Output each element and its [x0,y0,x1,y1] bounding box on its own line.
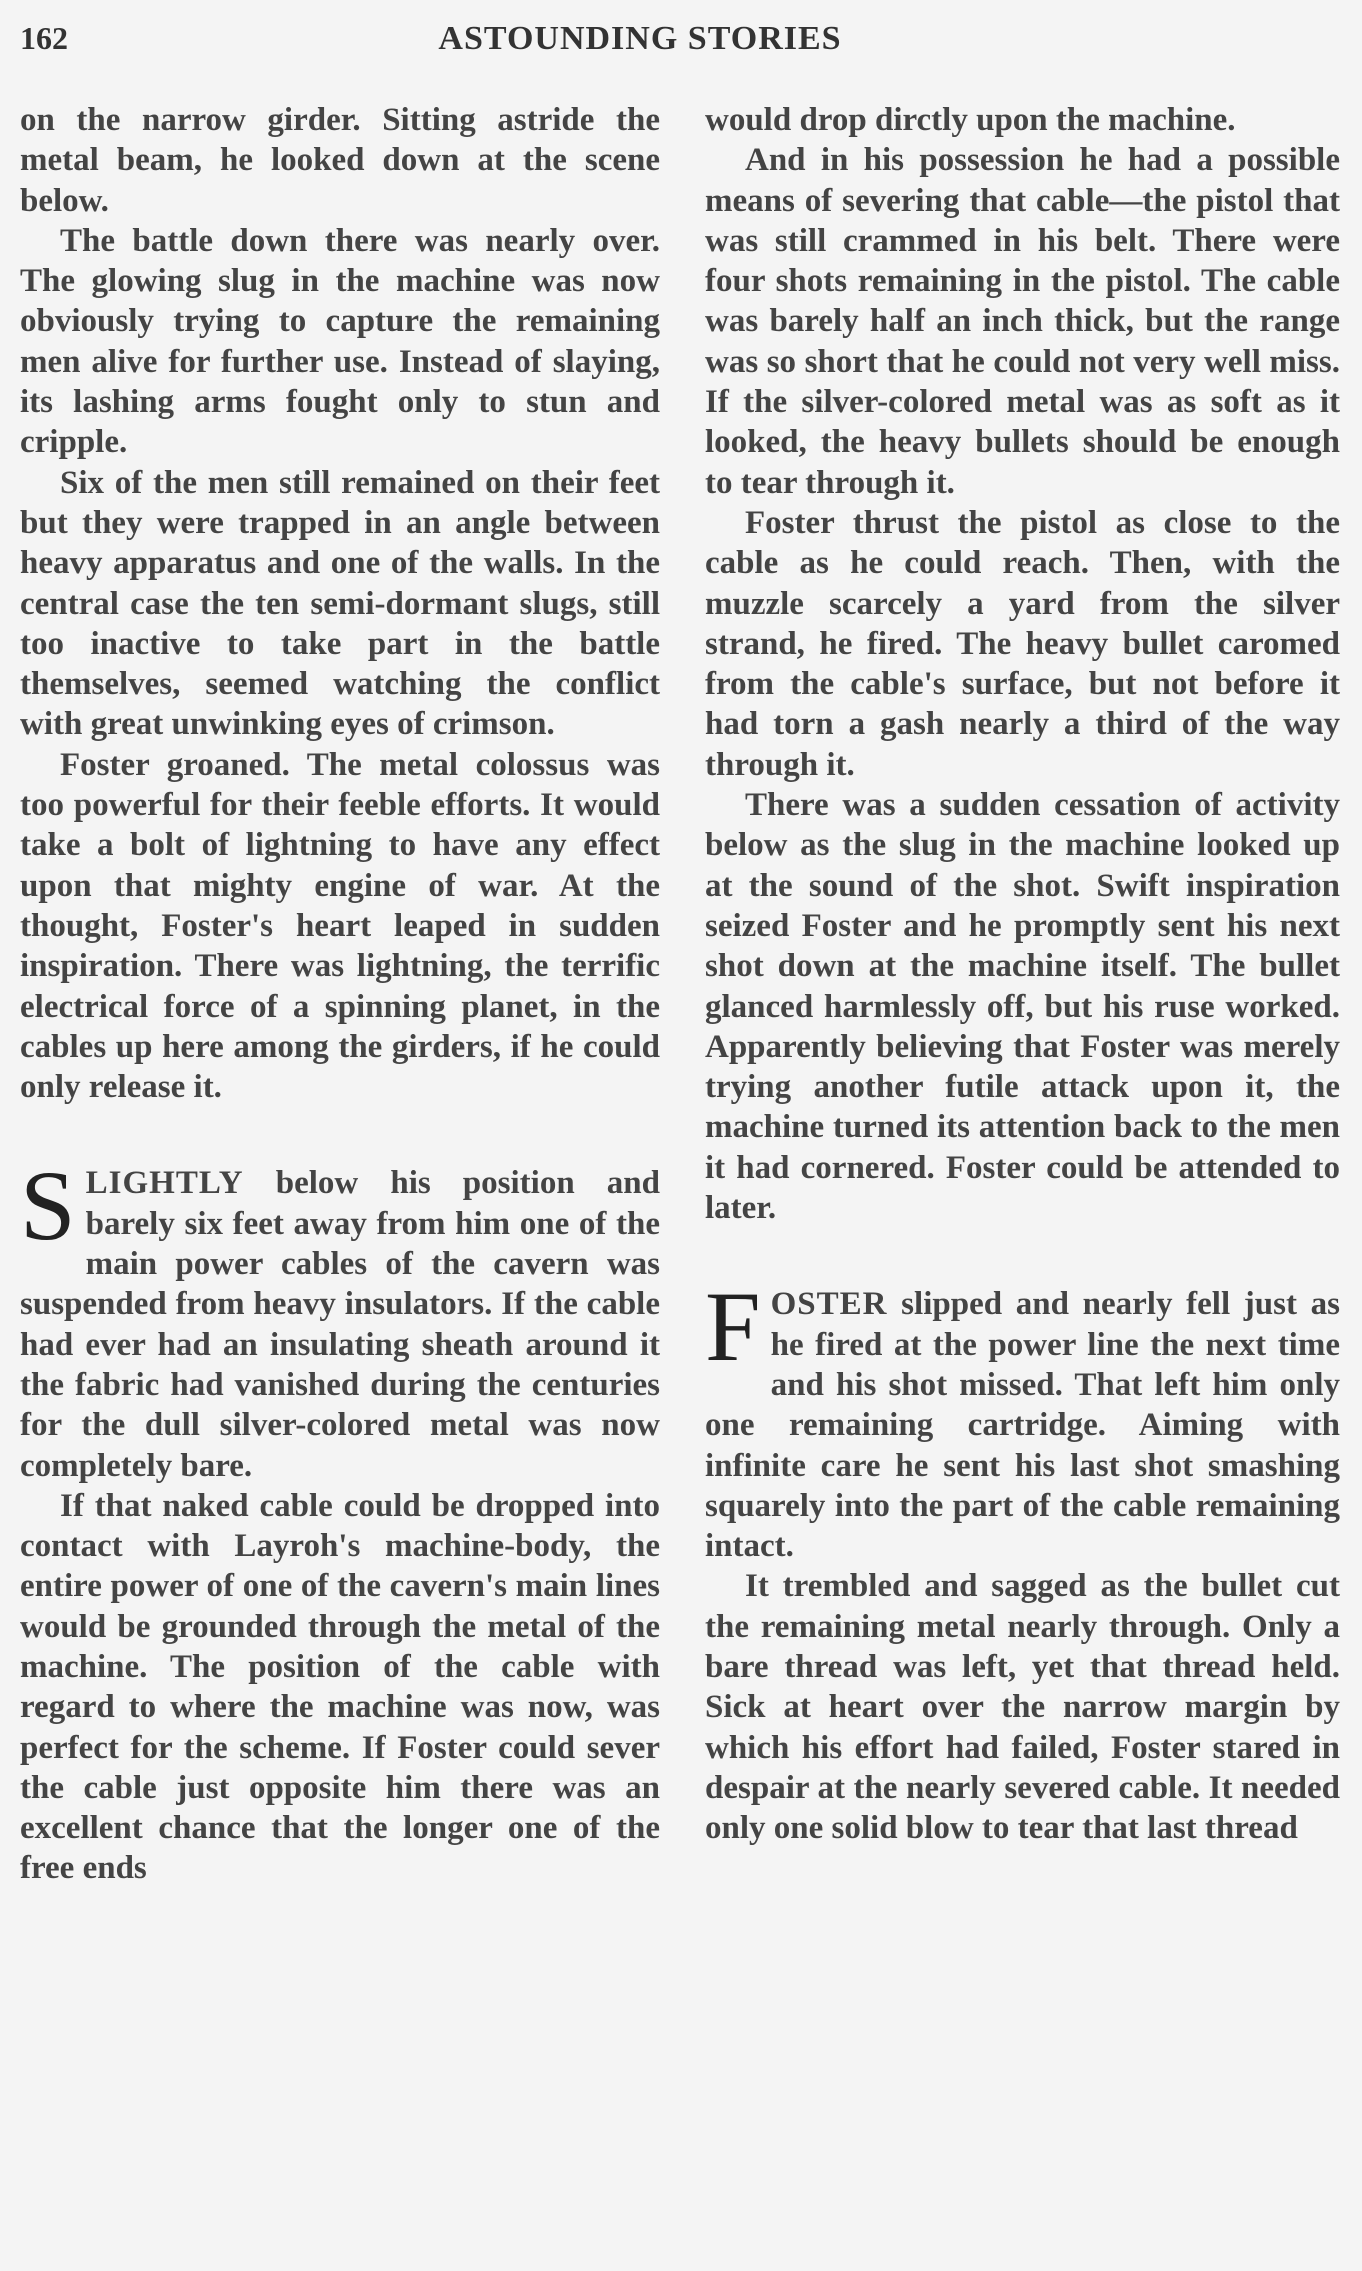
paragraph-text: slipped and nearly fell just as he fired… [705,1286,1340,1564]
paragraph: Foster groaned. The metal colossus was t… [20,745,660,1108]
paragraph: If that naked cable could be dropped int… [20,1486,660,1889]
running-title: ASTOUNDING STORIES [20,20,1340,58]
right-column: would drop dirctly upon the machine. And… [705,100,1340,1848]
left-column: on the narrow girder. Sitting astride th… [20,100,660,1889]
paragraph: And in his possession he had a possible … [705,140,1340,503]
section-opening-paragraph: FOSTER slipped and nearly fell just as h… [705,1284,1340,1566]
drop-cap: F [705,1288,761,1366]
paragraph: on the narrow girder. Sitting astride th… [20,100,660,221]
section-break [20,1107,660,1163]
paragraph-text: below his position and barely six feet a… [20,1165,660,1483]
drop-cap: S [20,1167,76,1245]
paragraph: There was a sudden cessation of activity… [705,785,1340,1228]
section-break [705,1228,1340,1284]
paragraph: would drop dirctly upon the machine. [705,100,1340,140]
paragraph: The battle down there was nearly over. T… [20,221,660,463]
page-header: 162 ASTOUNDING STORIES [20,14,1340,64]
lead-caps: OSTER [771,1286,888,1322]
paragraph: It trembled and sagged as the bullet cut… [705,1566,1340,1848]
lead-caps: LIGHTLY [86,1165,244,1201]
paragraph: Foster thrust the pistol as close to the… [705,503,1340,785]
section-opening-paragraph: SLIGHTLY below his position and barely s… [20,1163,660,1485]
paragraph: Six of the men still remained on their f… [20,463,660,745]
